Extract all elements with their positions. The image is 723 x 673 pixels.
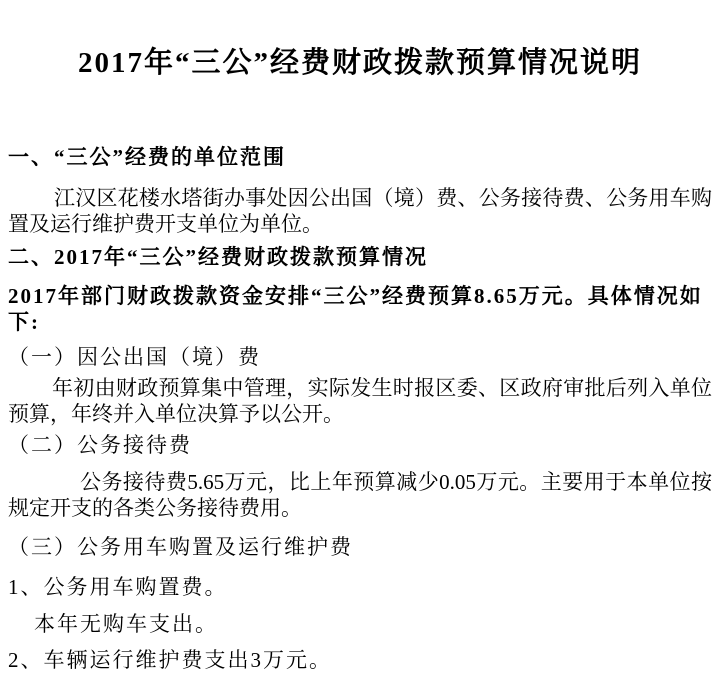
subsection-two-heading: （二）公务接待费	[8, 432, 712, 458]
vehicle-maintenance-item: 2、车辆运行维护费支出3万元。	[8, 647, 712, 673]
section-one-heading: 一、“三公”经费的单位范围	[8, 144, 712, 170]
section-two-summary: 2017年部门财政拨款资金安排“三公”经费预算8.65万元。具体情况如下:	[8, 283, 712, 335]
subsection-three-heading: （三）公务用车购置及运行维护费	[8, 534, 712, 560]
page-title: 2017年“三公”经费财政拨款预算情况说明	[8, 44, 712, 82]
subsection-two-paragraph: 公务接待费5.65万元，比上年预算减少0.05万元。主要用于本单位按规定开支的各…	[8, 469, 712, 521]
section-two-heading: 二、2017年“三公”经费财政拨款预算情况	[8, 244, 712, 270]
document-page: 2017年“三公”经费财政拨款预算情况说明 一、“三公”经费的单位范围 江汉区花…	[0, 0, 723, 673]
vehicle-purchase-note: 本年无购车支出。	[8, 611, 712, 637]
vehicle-purchase-item: 1、公务用车购置费。	[8, 574, 712, 600]
subsection-one-paragraph: 年初由财政预算集中管理，实际发生时报区委、区政府审批后列入单位预算，年终并入单位…	[8, 375, 712, 427]
section-one-paragraph: 江汉区花楼水塔街办事处因公出国（境）费、公务接待费、公务用车购置及运行维护费开支…	[8, 185, 712, 237]
subsection-one-heading: （一）因公出国（境）费	[8, 344, 712, 370]
